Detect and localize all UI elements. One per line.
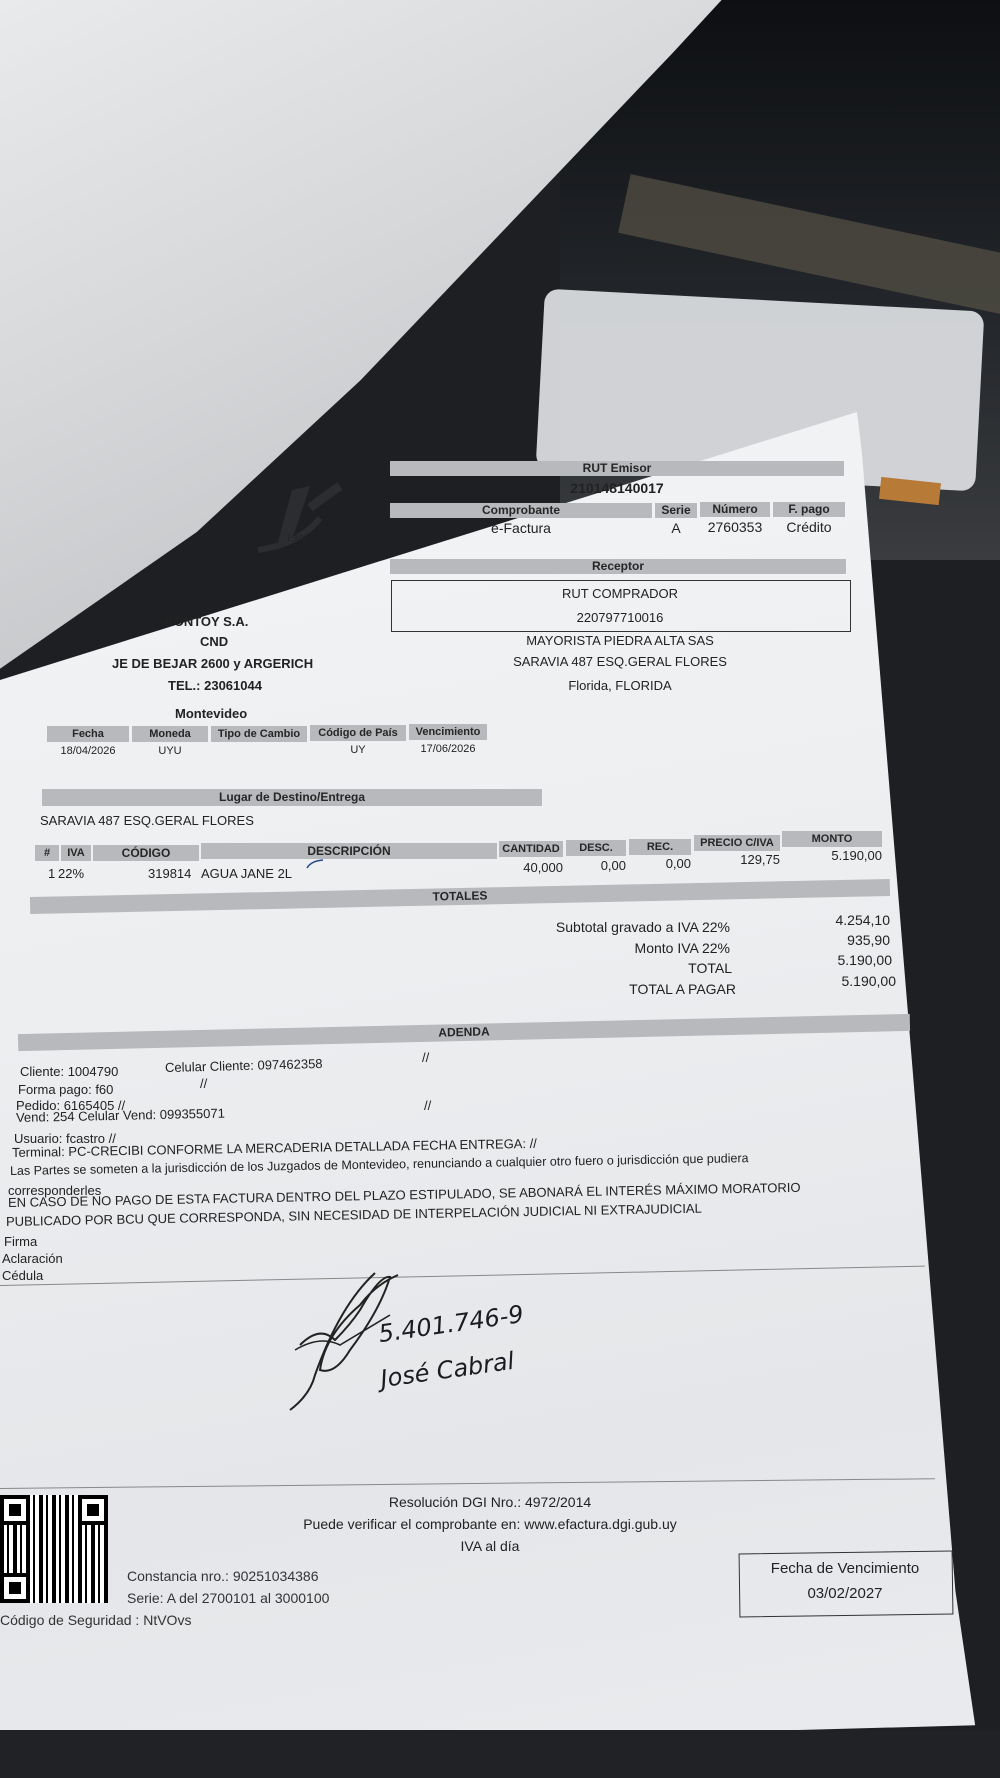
- rut-comprador-label: RUT COMPRADOR: [391, 586, 849, 601]
- serie-value: A: [655, 520, 697, 536]
- adenda-firma: Firma: [4, 1234, 37, 1249]
- emisor-dept: CND: [200, 634, 228, 649]
- total-label: TOTAL: [460, 960, 732, 976]
- moneda-value: UYU: [132, 745, 208, 757]
- adenda-cedula: Cédula: [2, 1268, 43, 1283]
- codigo-pais-header: Código de País: [310, 725, 406, 741]
- receptor-header: Receptor: [390, 559, 846, 574]
- resolucion-dgi: Resolución DGI Nro.: 4972/2014: [240, 1494, 740, 1510]
- receptor-city: Florida, FLORIDA: [460, 678, 780, 693]
- monto-iva-label: Monto IVA 22%: [460, 940, 730, 956]
- emisor-tel: TEL.: 23061044: [168, 678, 262, 693]
- item-iva: 22%: [58, 866, 84, 881]
- subtotal-label: Subtotal gravado a IVA 22%: [460, 919, 730, 935]
- col-desc-header: DESC.: [566, 840, 626, 856]
- serie-rango: Serie: A del 2700101 al 3000100: [127, 1590, 329, 1606]
- fecha-vencimiento-value: 03/02/2027: [739, 1585, 951, 1602]
- col-iva-header: IVA: [61, 845, 91, 861]
- fpago-value: Crédito: [773, 519, 845, 535]
- numero-header: Número: [700, 502, 770, 517]
- fecha-vencimiento-label: Fecha de Vencimiento: [739, 1560, 951, 1577]
- receptor-name: MAYORISTA PIEDRA ALTA SAS: [460, 633, 780, 648]
- codigo-pais-value: UY: [310, 744, 406, 756]
- col-cantidad-header: CANTIDAD: [499, 841, 563, 857]
- moneda-header: Moneda: [132, 726, 208, 742]
- adenda-cliente: Cliente: 1004790: [20, 1064, 118, 1079]
- vencimiento-value: 17/06/2026: [409, 743, 487, 755]
- rut-emisor-value: 210148140017: [390, 480, 844, 496]
- total-pagar-label: TOTAL A PAGAR: [460, 981, 736, 997]
- item-codigo: 319814: [148, 866, 191, 881]
- codigo-seguridad: Código de Seguridad : NtVOvs: [0, 1612, 191, 1628]
- serie-header: Serie: [655, 503, 697, 518]
- verificar-comprobante: Puede verificar el comprobante en: www.e…: [240, 1516, 740, 1532]
- adenda-forma-pago: Forma pago: f60: [18, 1082, 113, 1097]
- pen-mark: [305, 858, 325, 870]
- item-rec: 0,00: [629, 856, 691, 871]
- item-descripcion: AGUA JANE 2L: [201, 866, 292, 881]
- item-desc: 0,00: [566, 858, 626, 873]
- item-precio: 129,75: [694, 852, 780, 867]
- rut-emisor-header: RUT Emisor: [390, 461, 844, 476]
- total-value: 5.190,00: [792, 952, 892, 968]
- adenda-sep-1: //: [422, 1050, 429, 1065]
- tipo-cambio-header: Tipo de Cambio: [211, 726, 307, 742]
- fpago-header: F. pago: [773, 502, 845, 517]
- logo-year: 1946: [286, 532, 308, 544]
- receptor-address: SARAVIA 487 ESQ.GERAL FLORES: [460, 654, 780, 669]
- adenda-sep-3: //: [424, 1098, 431, 1113]
- qr-code[interactable]: [0, 1495, 108, 1603]
- iva-al-dia: IVA al día: [240, 1538, 740, 1554]
- col-descripcion-header: DESCRIPCIÓN: [201, 843, 497, 859]
- emisor-city: Montevideo: [175, 706, 247, 721]
- fecha-header: Fecha: [47, 726, 129, 742]
- comprobante-value: e-Factura: [390, 520, 652, 536]
- col-codigo-header: CÓDIGO: [93, 845, 199, 861]
- destino-header: Lugar de Destino/Entrega: [42, 789, 542, 806]
- destino-value: SARAVIA 487 ESQ.GERAL FLORES: [40, 813, 254, 828]
- emisor-address: JE DE BEJAR 2600 y ARGERICH: [112, 656, 313, 671]
- company-logo: [240, 478, 350, 558]
- item-num: 1: [48, 866, 55, 881]
- seat-surface: [0, 1730, 1000, 1778]
- monto-iva-value: 935,90: [790, 932, 890, 948]
- emisor-name: -RONTOY S.A.: [160, 614, 248, 629]
- total-pagar-value: 5.190,00: [796, 973, 896, 989]
- item-cantidad: 40,000: [499, 860, 563, 875]
- col-precio-header: PRECIO C/IVA: [694, 835, 780, 851]
- vencimiento-header: Vencimiento: [409, 724, 487, 740]
- rut-comprador-value: 220797710016: [391, 610, 849, 625]
- numero-value: 2760353: [700, 519, 770, 535]
- comprobante-header: Comprobante: [390, 503, 652, 518]
- adenda-aclaracion: Aclaración: [2, 1251, 63, 1266]
- fecha-value: 18/04/2026: [47, 745, 129, 757]
- item-monto: 5.190,00: [782, 848, 882, 863]
- col-num-header: #: [35, 845, 59, 861]
- col-monto-header: MONTO: [782, 831, 882, 847]
- col-rec-header: REC.: [629, 839, 691, 855]
- adenda-sep-2: //: [200, 1076, 207, 1091]
- subtotal-value: 4.254,10: [790, 912, 890, 928]
- constancia: Constancia nro.: 90251034386: [127, 1568, 318, 1584]
